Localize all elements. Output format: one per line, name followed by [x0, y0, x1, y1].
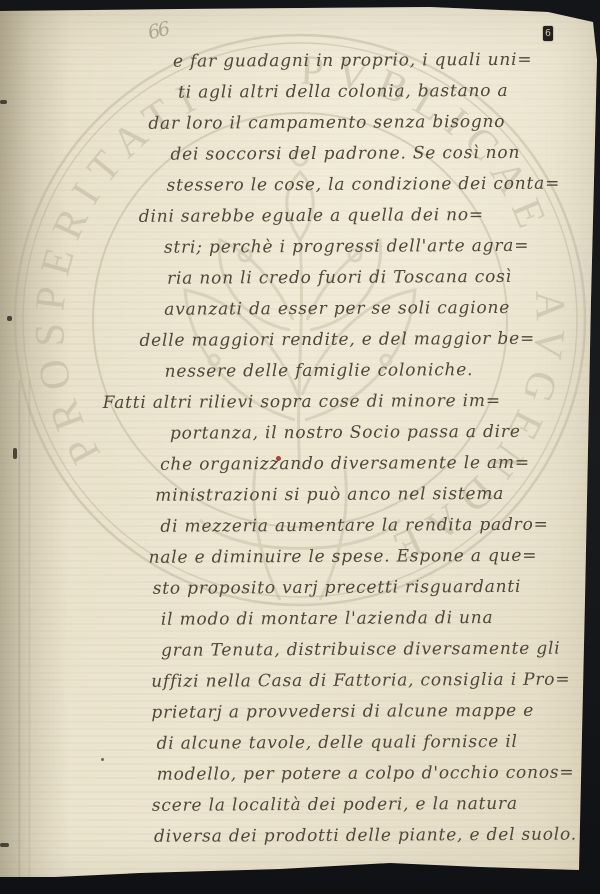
- manuscript-line: portanza, il nostro Socio passa a dire: [0, 416, 600, 450]
- manuscript-line: prietarj a provvedersi di alcune mappe e: [1, 695, 600, 729]
- manuscript-line: stri; perchè i progressi dell'arte agra=: [0, 230, 599, 264]
- manuscript-page: PROSPERITATI PVBLICAE AVGENDAE: [0, 0, 600, 894]
- edge-speck: [13, 448, 17, 459]
- manuscript-line: ministrazioni si può anco nel sistema: [0, 478, 600, 512]
- manuscript-line: di alcune tavole, delle quali fornisce i…: [1, 726, 600, 760]
- manuscript-line: delle maggiori rendite, e del maggior be…: [0, 323, 600, 357]
- manuscript-line: dini sarebbe eguale a quella dei no=: [0, 199, 599, 233]
- manuscript-line: diversa dei prodotti delle piante, e del…: [2, 819, 600, 853]
- manuscript-line: che organizzando diversamente le am=: [0, 447, 600, 481]
- manuscript-line: modello, per potere a colpo d'occhio con…: [2, 757, 600, 791]
- edge-speck: [0, 100, 7, 104]
- edge-speck: [7, 316, 12, 321]
- manuscript-line: Fatti altri rilievi sopra cose di minore…: [0, 385, 600, 419]
- ink-speck: [101, 758, 104, 761]
- manuscript-line: il modo di montare l'azienda di una: [1, 602, 600, 636]
- manuscript-line: sto proposito varj precetti risguardanti: [1, 571, 600, 605]
- manuscript-line: scere la località dei poderi, e la natur…: [2, 788, 600, 822]
- manuscript-line: avanzati da esser per se soli cagione: [0, 292, 599, 326]
- manuscript-line: ria non li credo fuori di Toscana così: [0, 261, 599, 295]
- manuscript-line: dei soccorsi del padrone. Se così non: [0, 137, 599, 171]
- manuscript-line: dar loro il campamento senza bisogno: [0, 106, 598, 140]
- manuscript-line: ti agli altri della colonia, bastano a: [0, 75, 598, 109]
- manuscript-line: uffizi nella Casa di Fattoria, consiglia…: [1, 664, 600, 698]
- manuscript-line: stessero le cose, la condizione dei cont…: [0, 168, 599, 202]
- pencil-folio-number: 66: [146, 18, 171, 44]
- manuscript-line: nessere delle famiglie coloniche.: [0, 354, 600, 388]
- manuscript-text-block: e far guadagni in proprio, i quali uni= …: [0, 44, 600, 853]
- edge-speck: [0, 843, 9, 847]
- manuscript-line: gran Tenuta, distribuisce diversamente g…: [1, 633, 600, 667]
- manuscript-line: di mezzeria aumentare la rendita padro=: [0, 509, 600, 543]
- stamp-folio-number: 6: [543, 26, 553, 41]
- manuscript-line: nale e diminuire le spese. Espone a que=: [0, 540, 600, 574]
- red-ink-speck: [276, 456, 281, 461]
- manuscript-line: e far guadagni in proprio, i quali uni=: [0, 44, 598, 78]
